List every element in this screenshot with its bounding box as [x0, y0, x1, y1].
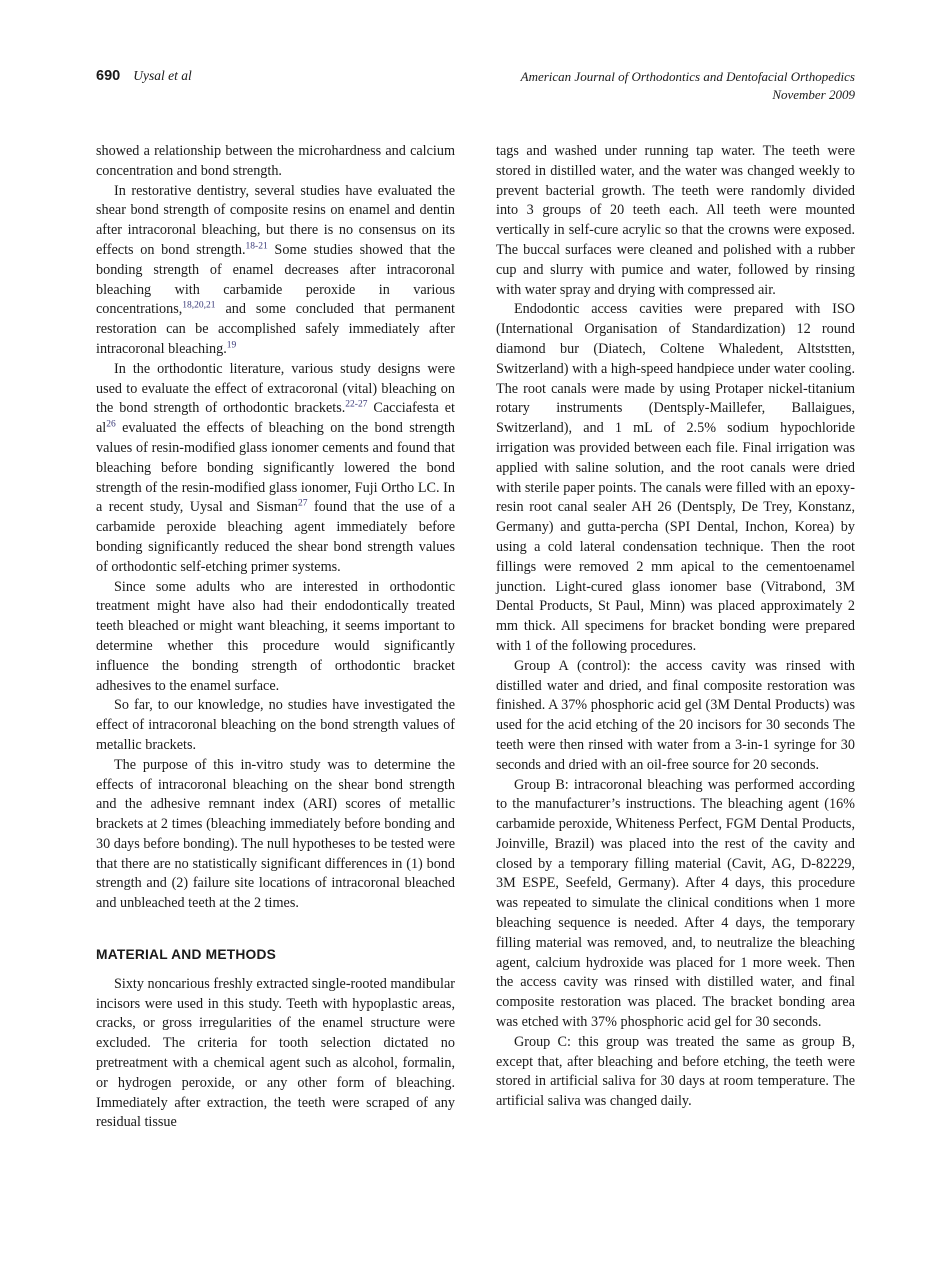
article-body: showed a relationship between the microh… — [96, 142, 856, 1133]
reference-citation-link[interactable]: 19 — [227, 340, 237, 350]
paragraph: showed a relationship between the microh… — [96, 142, 455, 182]
paragraph: Endodontic access cavities were prepared… — [496, 300, 855, 656]
reference-citation-link[interactable]: 26 — [106, 419, 116, 429]
running-header: 690 Uysal et al American Journal of Orth… — [96, 68, 855, 103]
section-heading: MATERIAL AND METHODS — [96, 945, 455, 965]
journal-page: 690 Uysal et al American Journal of Orth… — [0, 0, 950, 1272]
paragraph: Group C: this group was treated the same… — [496, 1033, 855, 1112]
right-column: tags and washed under running tap water.… — [496, 142, 855, 1133]
header-left: 690 Uysal et al — [96, 68, 192, 84]
paragraph: tags and washed under running tap water.… — [496, 142, 855, 300]
paragraph: Sixty noncarious freshly extracted singl… — [96, 975, 455, 1133]
reference-citation-link[interactable]: 18,20,21 — [182, 301, 215, 311]
paragraph: In the orthodontic literature, various s… — [96, 360, 455, 578]
page-number: 690 — [96, 68, 120, 84]
header-right: American Journal of Orthodontics and Den… — [521, 68, 855, 103]
paragraph: In restorative dentistry, several studie… — [96, 182, 455, 360]
paragraph: Group B: intracoronal bleaching was perf… — [496, 776, 855, 1033]
running-authors: Uysal et al — [133, 68, 192, 84]
paragraph: So far, to our knowledge, no studies hav… — [96, 696, 455, 755]
reference-citation-link[interactable]: 27 — [298, 499, 308, 509]
reference-citation-link[interactable]: 18-21 — [246, 241, 268, 251]
paragraph: Group A (control): the access cavity was… — [496, 657, 855, 776]
paragraph: Since some adults who are interested in … — [96, 578, 455, 697]
left-column: showed a relationship between the microh… — [96, 142, 455, 1133]
issue-date: November 2009 — [521, 86, 855, 104]
reference-citation-link[interactable]: 22-27 — [345, 400, 367, 410]
paragraph: The purpose of this in-vitro study was t… — [96, 756, 455, 914]
journal-name: American Journal of Orthodontics and Den… — [521, 68, 855, 86]
